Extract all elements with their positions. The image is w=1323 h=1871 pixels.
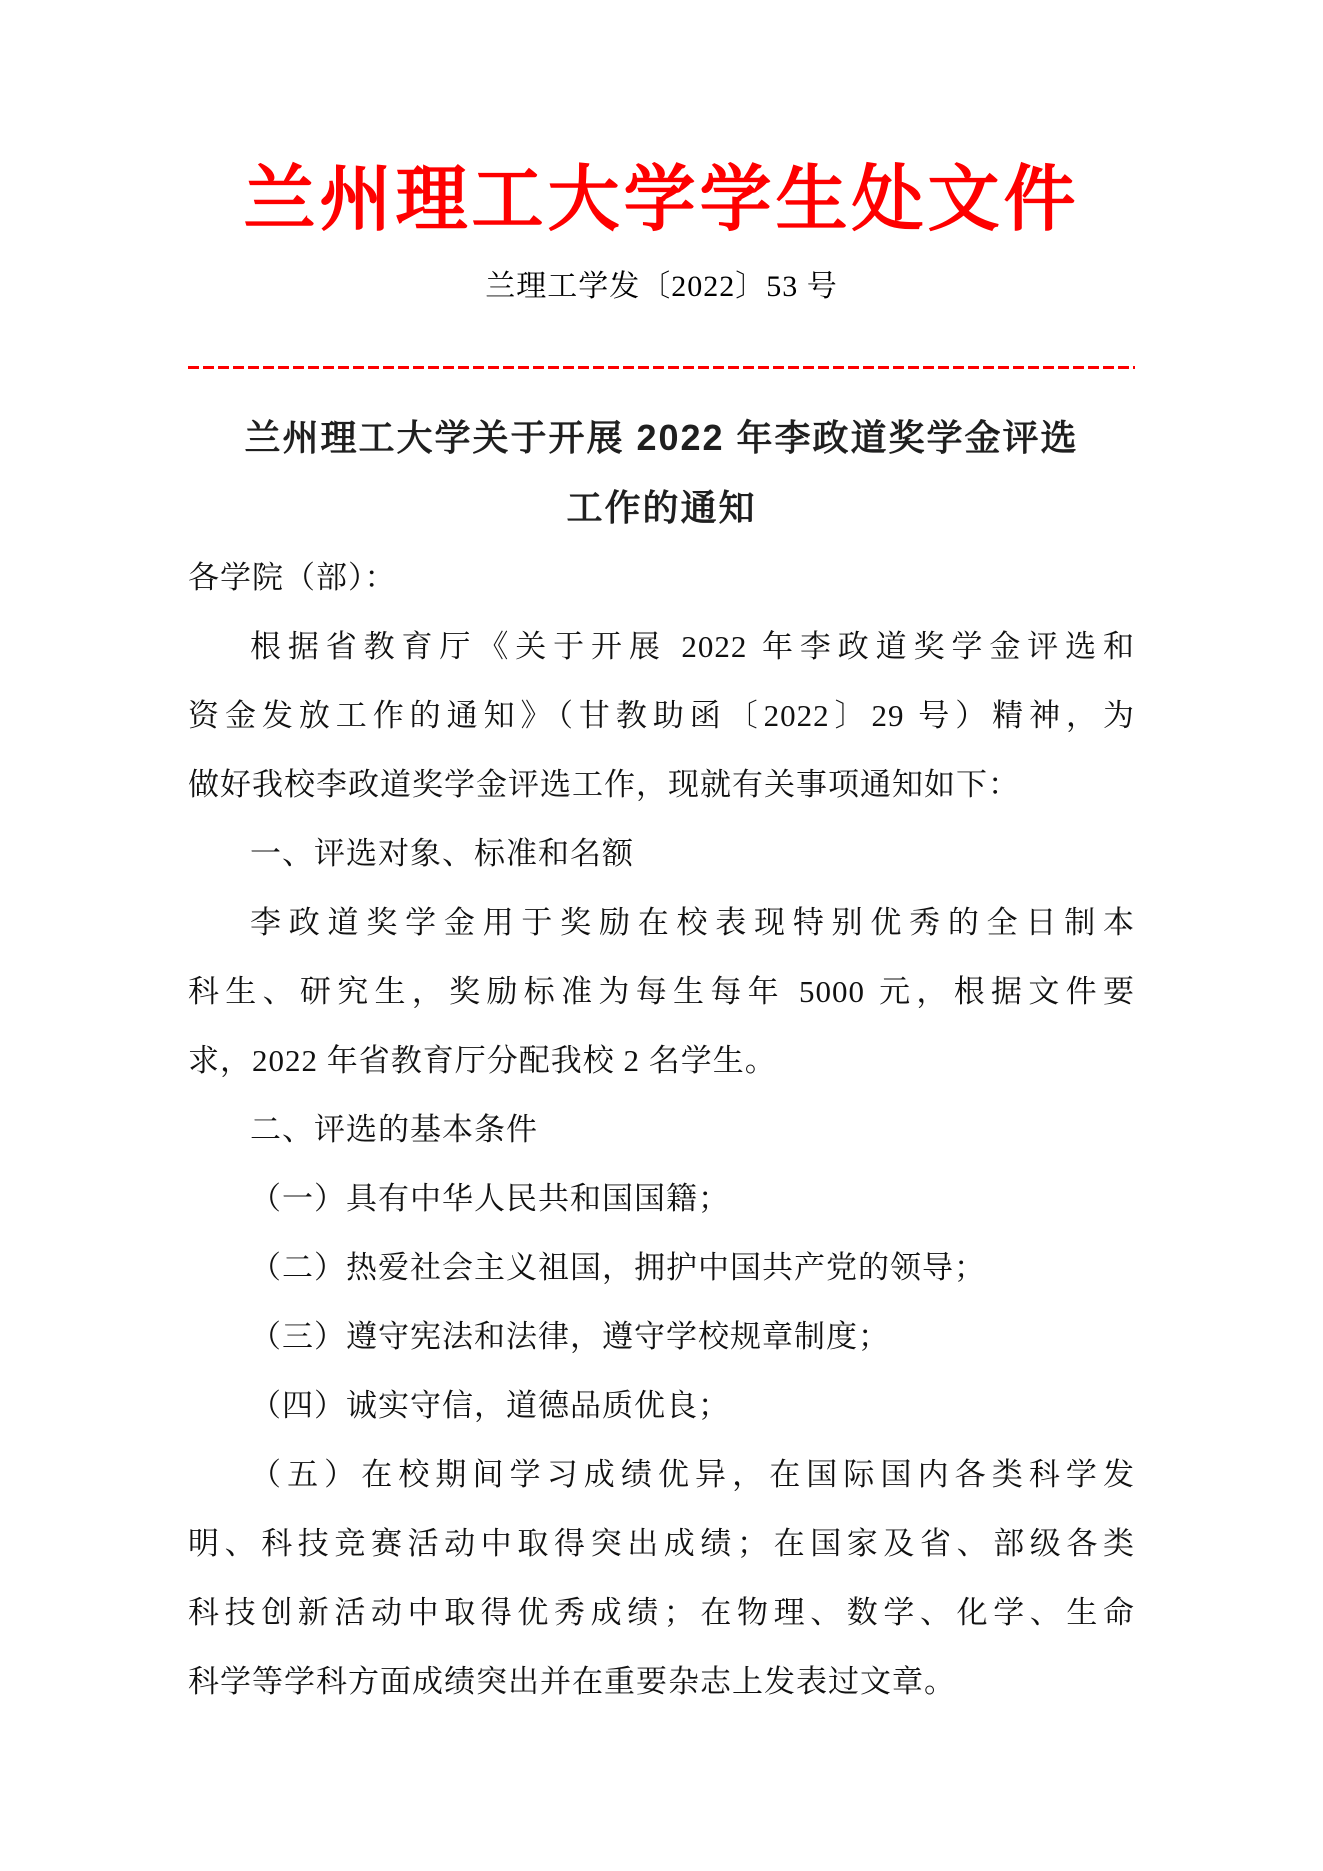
notice-title: 兰州理工大学关于开展 2022 年李政道奖学金评选 工作的通知 bbox=[188, 403, 1135, 543]
body-line: （二）热爱社会主义祖国，拥护中国共产党的领导； bbox=[188, 1233, 1135, 1302]
body-line: （四）诚实守信，道德品质优良； bbox=[188, 1371, 1135, 1440]
letterhead-title: 兰州理工大学学生处文件 bbox=[188, 152, 1135, 248]
body-line: 科学等学科方面成绩突出并在重要杂志上发表过文章。 bbox=[188, 1647, 1135, 1716]
body-line: （三）遵守宪法和法律，遵守学校规章制度； bbox=[188, 1302, 1135, 1371]
body-line: 明、科技竞赛活动中取得突出成绩；在国家及省、部级各类 bbox=[188, 1509, 1135, 1578]
body-line: 各学院（部）： bbox=[188, 543, 1135, 612]
body-line: 求，2022 年省教育厅分配我校 2 名学生。 bbox=[188, 1026, 1135, 1095]
doc-issue-number: 兰理工学发〔2022〕53 号 bbox=[188, 266, 1135, 308]
body-line: 一、评选对象、标准和名额 bbox=[188, 819, 1135, 888]
notice-title-line-1: 兰州理工大学关于开展 2022 年李政道奖学金评选 bbox=[188, 403, 1135, 473]
body-line: （一）具有中华人民共和国国籍； bbox=[188, 1164, 1135, 1233]
body-line: 根据省教育厅《关于开展 2022 年李政道奖学金评选和 bbox=[188, 612, 1135, 681]
body-line: 科生、研究生，奖励标准为每生每年 5000 元，根据文件要 bbox=[188, 957, 1135, 1026]
body-line: 李政道奖学金用于奖励在校表现特别优秀的全日制本 bbox=[188, 888, 1135, 957]
notice-title-line-2: 工作的通知 bbox=[188, 473, 1135, 543]
red-dashed-separator bbox=[188, 366, 1135, 369]
document-content: 兰州理工大学学生处文件 兰理工学发〔2022〕53 号 兰州理工大学关于开展 2… bbox=[188, 0, 1135, 1716]
body-line: 二、评选的基本条件 bbox=[188, 1095, 1135, 1164]
notice-body: 各学院（部）：根据省教育厅《关于开展 2022 年李政道奖学金评选和资金发放工作… bbox=[188, 543, 1135, 1716]
document-page: 兰州理工大学学生处文件 兰理工学发〔2022〕53 号 兰州理工大学关于开展 2… bbox=[0, 0, 1323, 1871]
body-line: 做好我校李政道奖学金评选工作，现就有关事项通知如下： bbox=[188, 750, 1135, 819]
body-line: （五）在校期间学习成绩优异，在国际国内各类科学发 bbox=[188, 1440, 1135, 1509]
body-line: 科技创新活动中取得优秀成绩；在物理、数学、化学、生命 bbox=[188, 1578, 1135, 1647]
body-line: 资金发放工作的通知》（甘教助函〔2022〕29 号）精神，为 bbox=[188, 681, 1135, 750]
